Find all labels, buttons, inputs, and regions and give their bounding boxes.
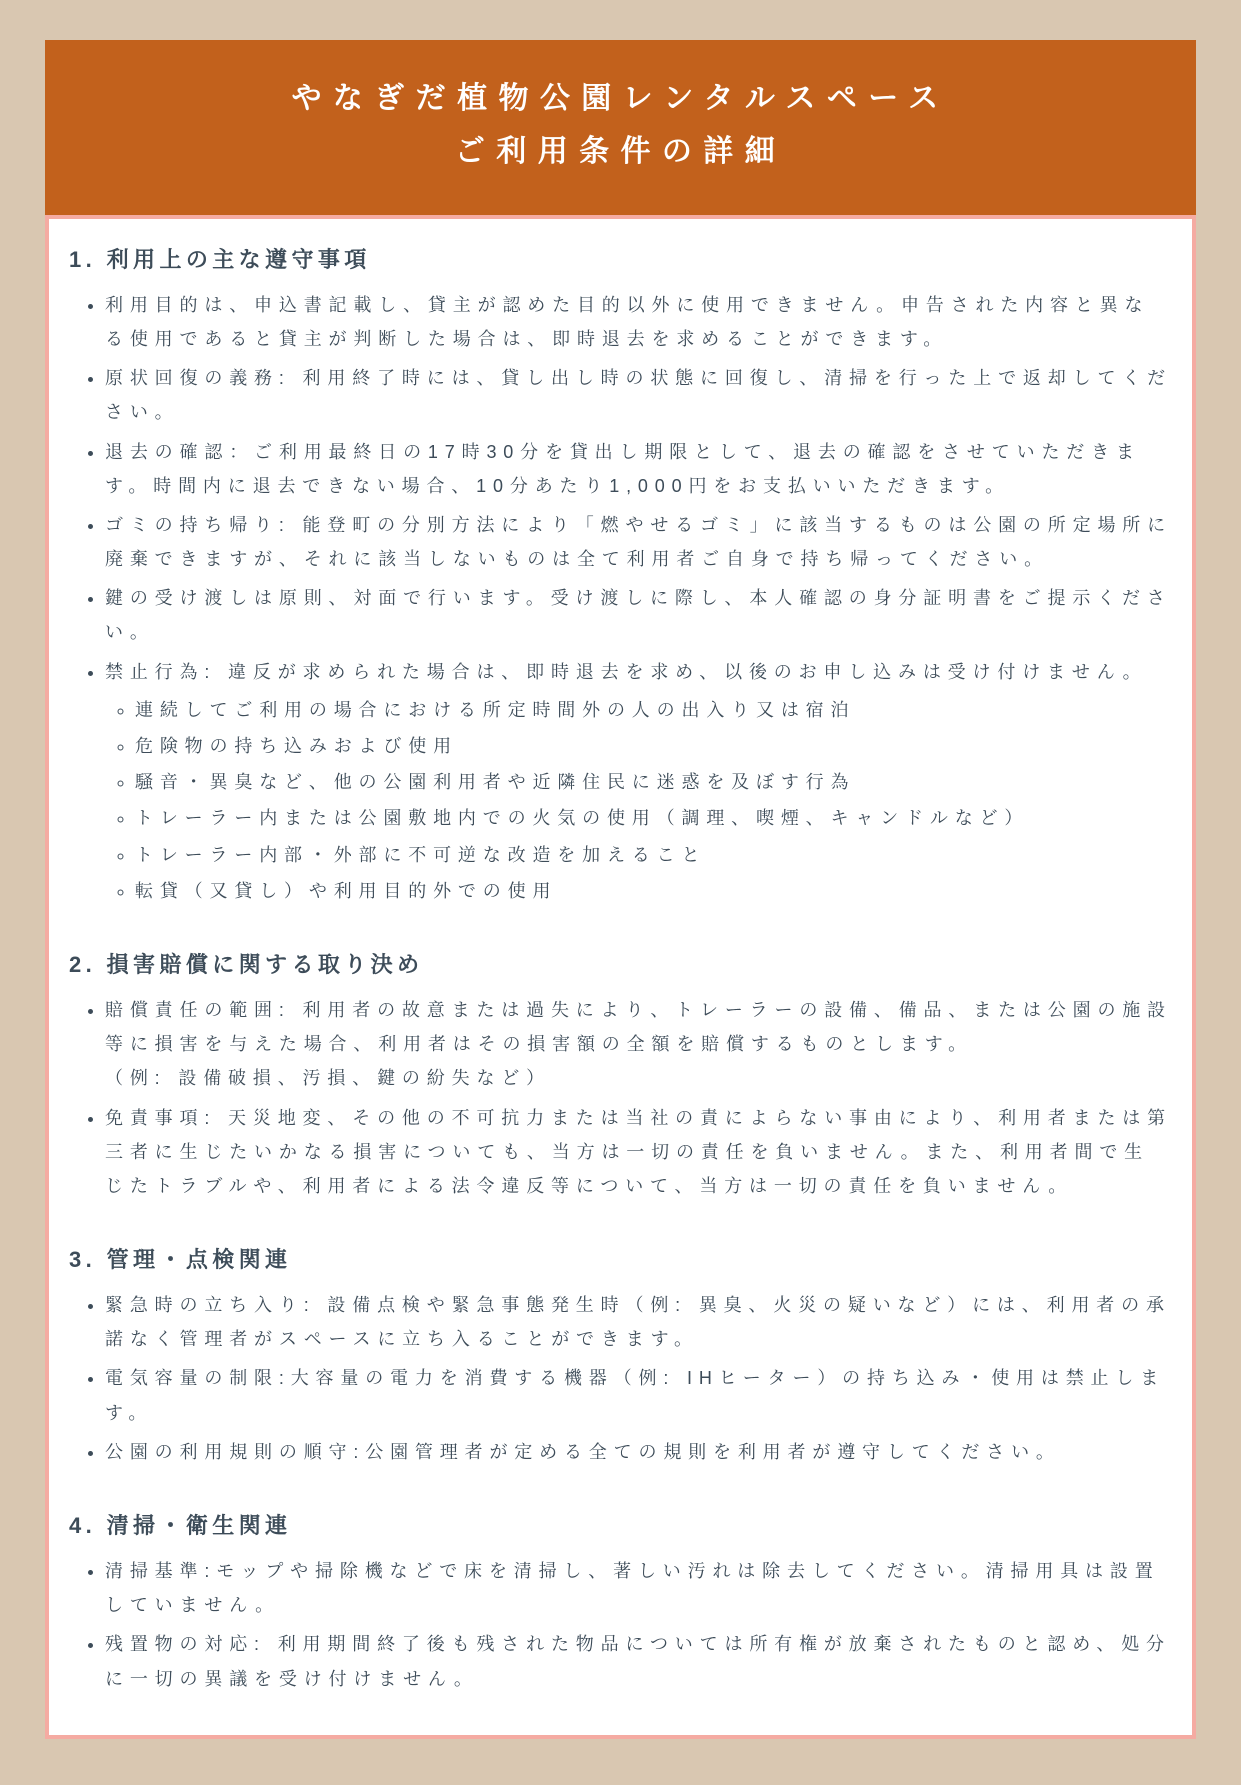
section-management-heading: 3. 管理・点検関連 bbox=[69, 1243, 1172, 1274]
conditions-panel: 1. 利用上の主な遵守事項 利用目的は、申込書記載し、貸主が認めた目的以外に使用… bbox=[45, 215, 1196, 1739]
list-item: 賠償責任の範囲: 利用者の故意または過失により、トレーラーの設備、備品、または公… bbox=[105, 993, 1172, 1096]
sub-list-item: 危険物の持ち込みおよび使用 bbox=[135, 729, 1172, 763]
sub-list-item-text: 連続してご利用の場合における所定時間外の人の出入り又は宿泊 bbox=[135, 700, 855, 720]
page-title: やなぎだ植物公園レンタルスペース ご利用条件の詳細 bbox=[55, 72, 1186, 179]
section-damages-heading: 2. 損害賠償に関する取り決め bbox=[69, 948, 1172, 979]
list-item: 残置物の対応: 利用期間終了後も残された物品については所有権が放棄されたものと認… bbox=[105, 1627, 1172, 1695]
list-item: 退去の確認：ご利用最終日の17時30分を貸出し期限として、退去の確認をさせていた… bbox=[105, 435, 1172, 503]
sub-list-item: トレーラー内または公園敷地内での火気の使用（調理、喫煙、キャンドルなど） bbox=[135, 801, 1172, 835]
list-item-text: 公園の利用規則の順守:公園管理者が定める全ての規則を利用者が遵守してください。 bbox=[105, 1442, 1061, 1462]
list-item: 緊急時の立ち入り: 設備点検や緊急事態発生時（例: 異臭、火災の疑いなど）には、… bbox=[105, 1288, 1172, 1356]
section-damages: 2. 損害賠償に関する取り決め 賠償責任の範囲: 利用者の故意または過失により、… bbox=[69, 948, 1172, 1203]
list-item-text: 禁止行為: 違反が求められた場合は、即時退去を求め、以後のお申し込みは受け付けま… bbox=[105, 662, 1147, 682]
sub-list-item-text: トレーラー内部・外部に不可逆な改造を加えること bbox=[135, 845, 706, 865]
list-item: 電気容量の制限:大容量の電力を消費する機器（例: IHヒーター）の持ち込み・使用… bbox=[105, 1361, 1172, 1429]
list-item: 鍵の受け渡しは原則、対面で行います。受け渡しに際し、本人確認の身分証明書をご提示… bbox=[105, 581, 1172, 649]
list-item-text: 清掃基準:モップや掃除機などで床を清掃し、著しい汚れは除去してください。清掃用具… bbox=[105, 1561, 1160, 1615]
section-rules-heading: 1. 利用上の主な遵守事項 bbox=[69, 243, 1172, 274]
list-item-text: 電気容量の制限:大容量の電力を消費する機器（例: IHヒーター）の持ち込み・使用… bbox=[105, 1368, 1165, 1422]
list-item-note: （例: 設備破損、汚損、鍵の紛失など） bbox=[105, 1061, 1172, 1095]
list-item: 原状回復の義務: 利用終了時には、貸し出し時の状態に回復し、清掃を行った上で返却… bbox=[105, 361, 1172, 429]
section-management: 3. 管理・点検関連 緊急時の立ち入り: 設備点検や緊急事態発生時（例: 異臭、… bbox=[69, 1243, 1172, 1469]
list-item-text: 残置物の対応: 利用期間終了後も残された物品については所有権が放棄されたものと認… bbox=[105, 1634, 1171, 1688]
sub-list-item: トレーラー内部・外部に不可逆な改造を加えること bbox=[135, 838, 1172, 872]
document-header-banner: やなぎだ植物公園レンタルスペース ご利用条件の詳細 bbox=[45, 40, 1196, 215]
section-cleaning-list: 清掃基準:モップや掃除機などで床を清掃し、著しい汚れは除去してください。清掃用具… bbox=[69, 1554, 1172, 1696]
list-item-text: 鍵の受け渡しは原則、対面で行います。受け渡しに際し、本人確認の身分証明書をご提示… bbox=[105, 588, 1172, 642]
sub-list-item: 連続してご利用の場合における所定時間外の人の出入り又は宿泊 bbox=[135, 693, 1172, 727]
page-title-line2: ご利用条件の詳細 bbox=[55, 125, 1186, 178]
list-item-text: 退去の確認：ご利用最終日の17時30分を貸出し期限として、退去の確認をさせていた… bbox=[105, 442, 1141, 496]
section-cleaning: 4. 清掃・衛生関連 清掃基準:モップや掃除機などで床を清掃し、著しい汚れは除去… bbox=[69, 1509, 1172, 1696]
list-item-text: 利用目的は、申込書記載し、貸主が認めた目的以外に使用できません。申告された内容と… bbox=[105, 295, 1149, 349]
list-item-text: 原状回復の義務: 利用終了時には、貸し出し時の状態に回復し、清掃を行った上で返却… bbox=[105, 368, 1172, 422]
list-item: 利用目的は、申込書記載し、貸主が認めた目的以外に使用できません。申告された内容と… bbox=[105, 288, 1172, 356]
document-page: やなぎだ植物公園レンタルスペース ご利用条件の詳細 1. 利用上の主な遵守事項 … bbox=[0, 0, 1241, 1785]
list-item-text: 賠償責任の範囲: 利用者の故意または過失により、トレーラーの設備、備品、または公… bbox=[105, 1000, 1172, 1054]
list-item-text: ゴミの持ち帰り: 能登町の分別方法により「燃やせるゴミ」に該当するものは公園の所… bbox=[105, 515, 1172, 569]
prohibited-acts-sublist: 連続してご利用の場合における所定時間外の人の出入り又は宿泊 危険物の持ち込みおよ… bbox=[105, 693, 1172, 908]
sub-list-item-text: トレーラー内または公園敷地内での火気の使用（調理、喫煙、キャンドルなど） bbox=[135, 808, 1029, 828]
list-item: 免責事項: 天災地変、その他の不可抗力または当社の責によらない事由により、利用者… bbox=[105, 1101, 1172, 1204]
list-item-text: 免責事項: 天災地変、その他の不可抗力または当社の責によらない事由により、利用者… bbox=[105, 1108, 1172, 1196]
list-item: 清掃基準:モップや掃除機などで床を清掃し、著しい汚れは除去してください。清掃用具… bbox=[105, 1554, 1172, 1622]
section-management-list: 緊急時の立ち入り: 設備点検や緊急事態発生時（例: 異臭、火災の疑いなど）には、… bbox=[69, 1288, 1172, 1469]
page-title-line1: やなぎだ植物公園レンタルスペース bbox=[55, 72, 1186, 125]
sub-list-item-text: 騒音・異臭など、他の公園利用者や近隣住民に迷惑を及ぼす行為 bbox=[135, 772, 855, 792]
sub-list-item-text: 転貸（又貸し）や利用目的外での使用 bbox=[135, 881, 557, 901]
list-item: 公園の利用規則の順守:公園管理者が定める全ての規則を利用者が遵守してください。 bbox=[105, 1435, 1172, 1469]
sub-list-item: 転貸（又貸し）や利用目的外での使用 bbox=[135, 874, 1172, 908]
list-item-text: 緊急時の立ち入り: 設備点検や緊急事態発生時（例: 異臭、火災の疑いなど）には、… bbox=[105, 1295, 1171, 1349]
sub-list-item-text: 危険物の持ち込みおよび使用 bbox=[135, 736, 458, 756]
section-rules: 1. 利用上の主な遵守事項 利用目的は、申込書記載し、貸主が認めた目的以外に使用… bbox=[69, 243, 1172, 908]
section-damages-list: 賠償責任の範囲: 利用者の故意または過失により、トレーラーの設備、備品、または公… bbox=[69, 993, 1172, 1203]
list-item: 禁止行為: 違反が求められた場合は、即時退去を求め、以後のお申し込みは受け付けま… bbox=[105, 655, 1172, 908]
section-cleaning-heading: 4. 清掃・衛生関連 bbox=[69, 1509, 1172, 1540]
sub-list-item: 騒音・異臭など、他の公園利用者や近隣住民に迷惑を及ぼす行為 bbox=[135, 765, 1172, 799]
list-item: ゴミの持ち帰り: 能登町の分別方法により「燃やせるゴミ」に該当するものは公園の所… bbox=[105, 508, 1172, 576]
section-rules-list: 利用目的は、申込書記載し、貸主が認めた目的以外に使用できません。申告された内容と… bbox=[69, 288, 1172, 908]
